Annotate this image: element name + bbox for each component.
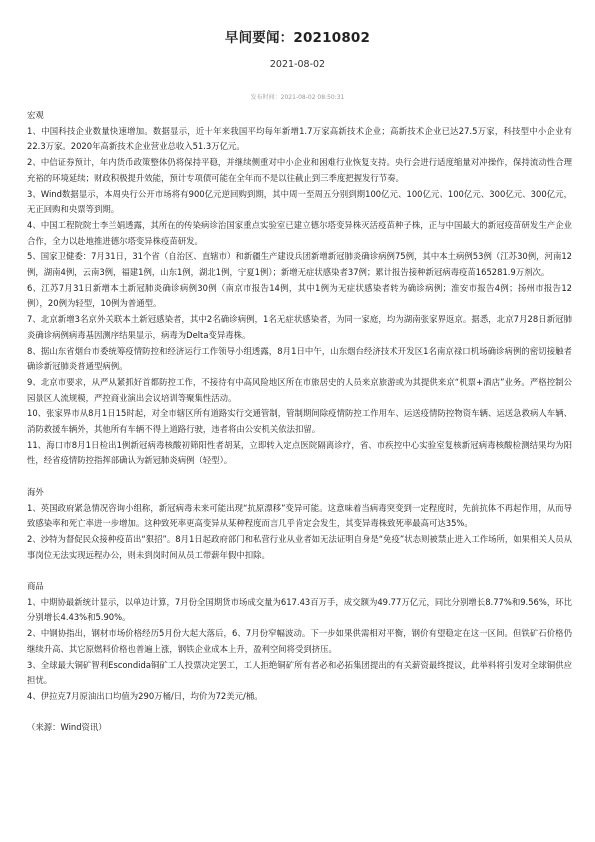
- news-item: 2、中信证券预计，年内货币政策整体仍将保持平稳，并继续侧重对中小企业和困难行业恢…: [27, 155, 572, 186]
- news-item: 3、全球最大铜矿智利Escondida铜矿工人投票决定罢工，工人拒绝铜矿所有者必…: [27, 658, 572, 689]
- section-spacer: [27, 469, 572, 485]
- news-item: 2、中钢协指出，钢材市场价格经历5月份大起大落后，6、7月份窄幅波动。下一步如果…: [27, 626, 572, 657]
- news-item: 5、国家卫健委：7月31日，31个省（自治区、直辖市）和新疆生产建设兵团新增新冠…: [27, 249, 572, 280]
- section-commodities: 商品 1、中期协最新统计显示，以单边计算，7月份全国期货市场成交量为617.43…: [27, 579, 572, 705]
- section-spacer: [27, 563, 572, 579]
- news-item: 7、北京新增3名京外关联本土新冠感染者，其中2名确诊病例，1名无症状感染者，为同…: [27, 312, 572, 343]
- news-item: 9、北京市要求，从严从紧抓好首都防控工作，不接待有中高风险地区所在市旅居史的人员…: [27, 375, 572, 406]
- section-spacer: [27, 705, 572, 721]
- section-title-overseas: 海外: [27, 485, 572, 501]
- page-title: 早间要闻：20210802: [0, 26, 595, 46]
- source-note: （来源：Wind资讯）: [27, 720, 572, 736]
- news-item: 6、江苏7月31日新增本土新冠肺炎确诊病例30例（南京市报告14例，其中1例为无…: [27, 281, 572, 312]
- news-item: 1、中期协最新统计显示，以单边计算，7月份全国期货市场成交量为617.43百万手…: [27, 595, 572, 626]
- publish-time-label: 发布时间：: [251, 94, 281, 101]
- news-item: 1、英国政府紧急情况咨询小组称，新冠病毒未来可能出现“抗原漂移”变异可能。这意味…: [27, 501, 572, 532]
- publish-time: 发布时间：2021-08-02 08:50:31: [0, 92, 595, 101]
- news-item: 3、Wind数据显示，本周央行公开市场将有900亿元逆回购到期，其中周一至周五分…: [27, 187, 572, 218]
- publish-time-value: 2021-08-02 08:50:31: [281, 94, 345, 101]
- news-item: 2、沙特为督促民众接种疫苗出“狠招”。8月1日起政府部门和私营行业从业者如无法证…: [27, 532, 572, 563]
- news-item: 11、海口市8月1日检出1例新冠病毒核酸初筛阳性者胡某，立即转入定点医院隔离诊疗…: [27, 438, 572, 469]
- section-title-commodities: 商品: [27, 579, 572, 595]
- news-item: 8、据山东省烟台市委统筹疫情防控和经济运行工作领导小组透露，8月1日中午，山东烟…: [27, 344, 572, 375]
- section-overseas: 海外 1、英国政府紧急情况咨询小组称，新冠病毒未来可能出现“抗原漂移”变异可能。…: [27, 485, 572, 564]
- section-macro: 宏观 1、中国科技企业数量快速增加。数据显示，近十年来我国平均每年新增1.7万家…: [27, 108, 572, 469]
- news-item: 1、中国科技企业数量快速增加。数据显示，近十年来我国平均每年新增1.7万家高新技…: [27, 124, 572, 155]
- news-item: 4、伊拉克7月原油出口均值为290万桶/日，均价为72美元/桶。: [27, 689, 572, 705]
- section-title-macro: 宏观: [27, 108, 572, 124]
- article-body: 宏观 1、中国科技企业数量快速增加。数据显示，近十年来我国平均每年新增1.7万家…: [27, 108, 572, 736]
- news-item: 4、中国工程院院士李兰娟透露，其所在的传染病诊治国家重点实验室已建立德尔塔变异株…: [27, 218, 572, 249]
- news-item: 10、张家界市从8月1日15时起，对全市辖区所有道路实行交通管制，管制期间除疫情…: [27, 406, 572, 437]
- report-date: 2021-08-02: [0, 59, 595, 70]
